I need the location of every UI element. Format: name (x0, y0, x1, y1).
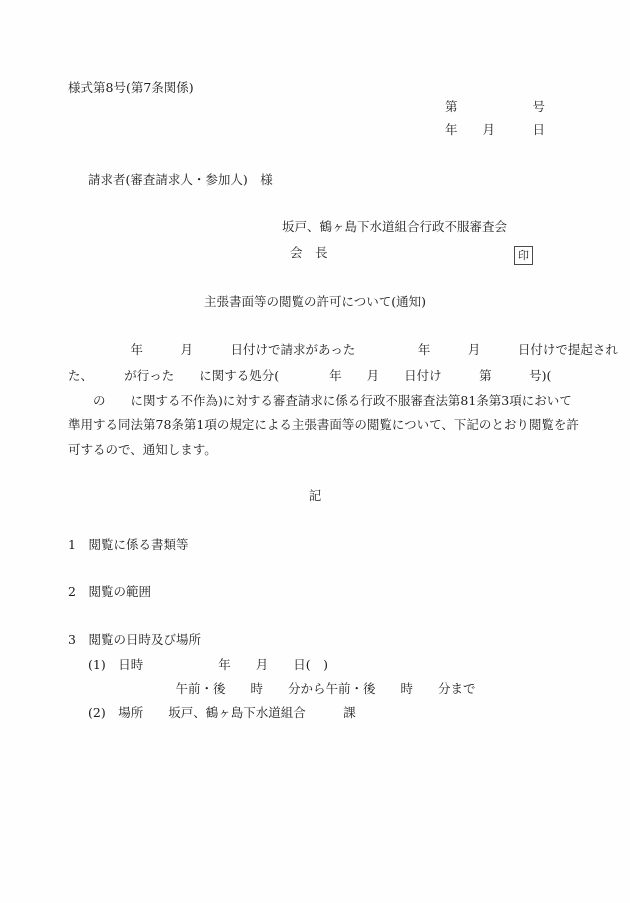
document-number-line: 第 号 (445, 100, 545, 114)
list-item-datetime-place: 3 閲覧の日時及び場所 (68, 633, 201, 647)
body-paragraph-line: の に関する不作為)に対する審査請求に係る行政不服審査法第81条第3項において (68, 394, 572, 408)
form-number: 様式第8号(第7条関係) (68, 81, 194, 95)
list-item-scope: 2 閲覧の範囲 (68, 585, 151, 599)
body-paragraph-line: 年 月 日付けで請求があった 年 月 日付けで提起され (68, 343, 618, 357)
sub-item-place: (2) 場所 坂戸、鶴ヶ島下水道組合 課 (88, 706, 356, 720)
body-paragraph-line: 可するので、通知します。 (68, 443, 217, 457)
sub-item-datetime: (1) 日時 年 月 日( ) (88, 658, 328, 672)
issuer-title-line: 会 長 (290, 246, 328, 260)
body-paragraph-line: 準用する同法第78条第1項の規定による主張書面等の閲覧について、下記のとおり閲覧… (68, 418, 579, 432)
seal-box: 印 (514, 246, 533, 265)
document-page: 様式第8号(第7条関係) 第 号 年 月 日 請求者(審査請求人・参加人) 様 … (0, 0, 630, 903)
body-paragraph-line: た、 が行った に関する処分( 年 月 日付け 第 号)( (68, 369, 551, 383)
ki-marker: 記 (0, 489, 630, 503)
document-title: 主張書面等の閲覧の許可について(通知) (0, 295, 630, 309)
document-date-line: 年 月 日 (445, 123, 545, 137)
addressee-line: 請求者(審査請求人・参加人) 様 (88, 173, 273, 187)
seal-character: 印 (518, 250, 529, 261)
list-item-documents: 1 閲覧に係る書類等 (68, 538, 188, 552)
issuer-organization: 坂戸、鶴ヶ島下水道組合行政不服審査会 (282, 220, 507, 234)
sub-item-time-range: 午前・後 時 分から午前・後 時 分まで (88, 682, 476, 696)
